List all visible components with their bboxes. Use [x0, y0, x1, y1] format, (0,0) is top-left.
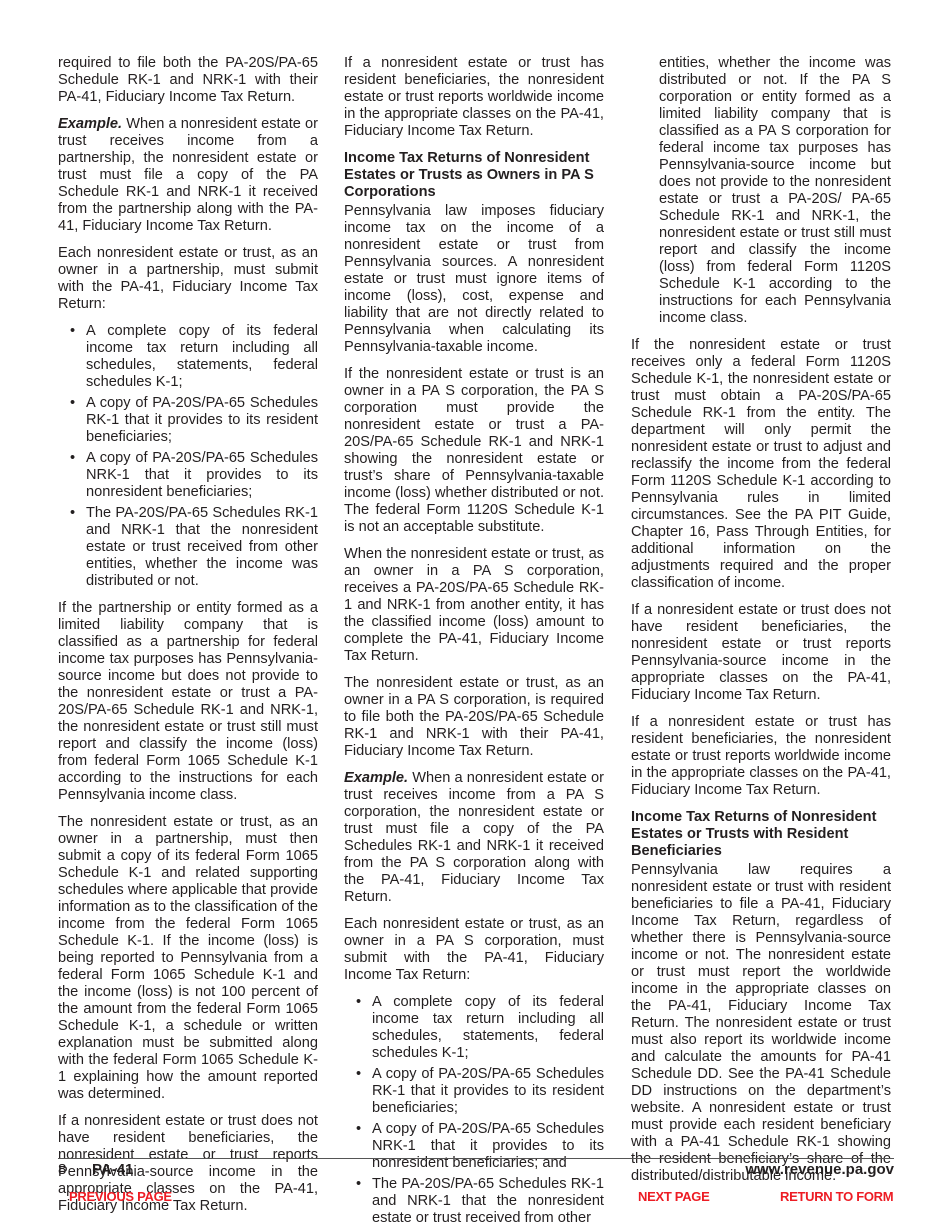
return-to-form-link[interactable]: RETURN TO FORM [780, 1189, 893, 1204]
paragraph: The nonresident estate or trust, as an o… [344, 675, 604, 760]
column-3: entities, whether the income was distrib… [631, 55, 891, 1195]
example-paragraph: Example. When a nonresident estate or tr… [58, 116, 318, 235]
paragraph: required to file both the PA-20S/PA-65 S… [58, 55, 318, 106]
list-item: A copy of PA-20S/PA-65 Schedules RK-1 th… [86, 395, 318, 446]
section-heading: Income Tax Returns of Nonresident Estate… [631, 809, 891, 860]
paragraph: Pennsylvania law imposes fiduciary incom… [344, 203, 604, 356]
paragraph: Each nonresident estate or trust, as an … [58, 245, 318, 313]
paragraph: Pennsylvania law requires a nonresident … [631, 862, 891, 1185]
footer-divider [58, 1158, 894, 1159]
paragraph: If the nonresident estate or trust is an… [344, 366, 604, 536]
previous-page-link[interactable]: PREVIOUS PAGE [69, 1189, 172, 1204]
list-item: A complete copy of its federal income ta… [86, 323, 318, 391]
page-footer: 8 PA-41 www.revenue.pa.gov [58, 1161, 894, 1181]
paragraph: The nonresident estate or trust, as an o… [58, 814, 318, 1103]
paragraph: When the nonresident estate or trust, as… [344, 546, 604, 665]
column-2: If a nonresident estate or trust has res… [344, 55, 604, 1230]
section-heading: Income Tax Returns of Nonresident Estate… [344, 150, 604, 201]
paragraph: Each nonresident estate or trust, as an … [344, 916, 604, 984]
page-number: 8 [58, 1161, 66, 1178]
paragraph: If a nonresident estate or trust does no… [631, 602, 891, 704]
list-item: A copy of PA-20S/PA-65 Schedules NRK-1 t… [86, 450, 318, 501]
list-item: A complete copy of its federal income ta… [372, 994, 604, 1062]
submission-list: A complete copy of its federal income ta… [344, 994, 604, 1227]
paragraph: If the nonresident estate or trust recei… [631, 337, 891, 592]
paragraph: If a nonresident estate or trust has res… [344, 55, 604, 140]
list-item: A copy of PA-20S/PA-65 Schedules RK-1 th… [372, 1066, 604, 1117]
next-page-link[interactable]: NEXT PAGE [638, 1189, 709, 1204]
submission-list: A complete copy of its federal income ta… [58, 323, 318, 590]
paragraph: If a nonresident estate or trust has res… [631, 714, 891, 799]
example-paragraph: Example. When a nonresident estate or tr… [344, 770, 604, 906]
example-label: Example. [344, 770, 408, 786]
list-item-continuation: entities, whether the income was distrib… [631, 55, 891, 327]
example-label: Example. [58, 116, 122, 132]
column-1: required to file both the PA-20S/PA-65 S… [58, 55, 318, 1225]
website-url: www.revenue.pa.gov [745, 1161, 894, 1178]
list-item: The PA-20S/PA-65 Schedules RK-1 and NRK-… [372, 1176, 604, 1227]
paragraph: If the partnership or entity formed as a… [58, 600, 318, 804]
form-name: PA-41 [92, 1161, 133, 1178]
list-item: The PA-20S/PA-65 Schedules RK-1 and NRK-… [86, 505, 318, 590]
